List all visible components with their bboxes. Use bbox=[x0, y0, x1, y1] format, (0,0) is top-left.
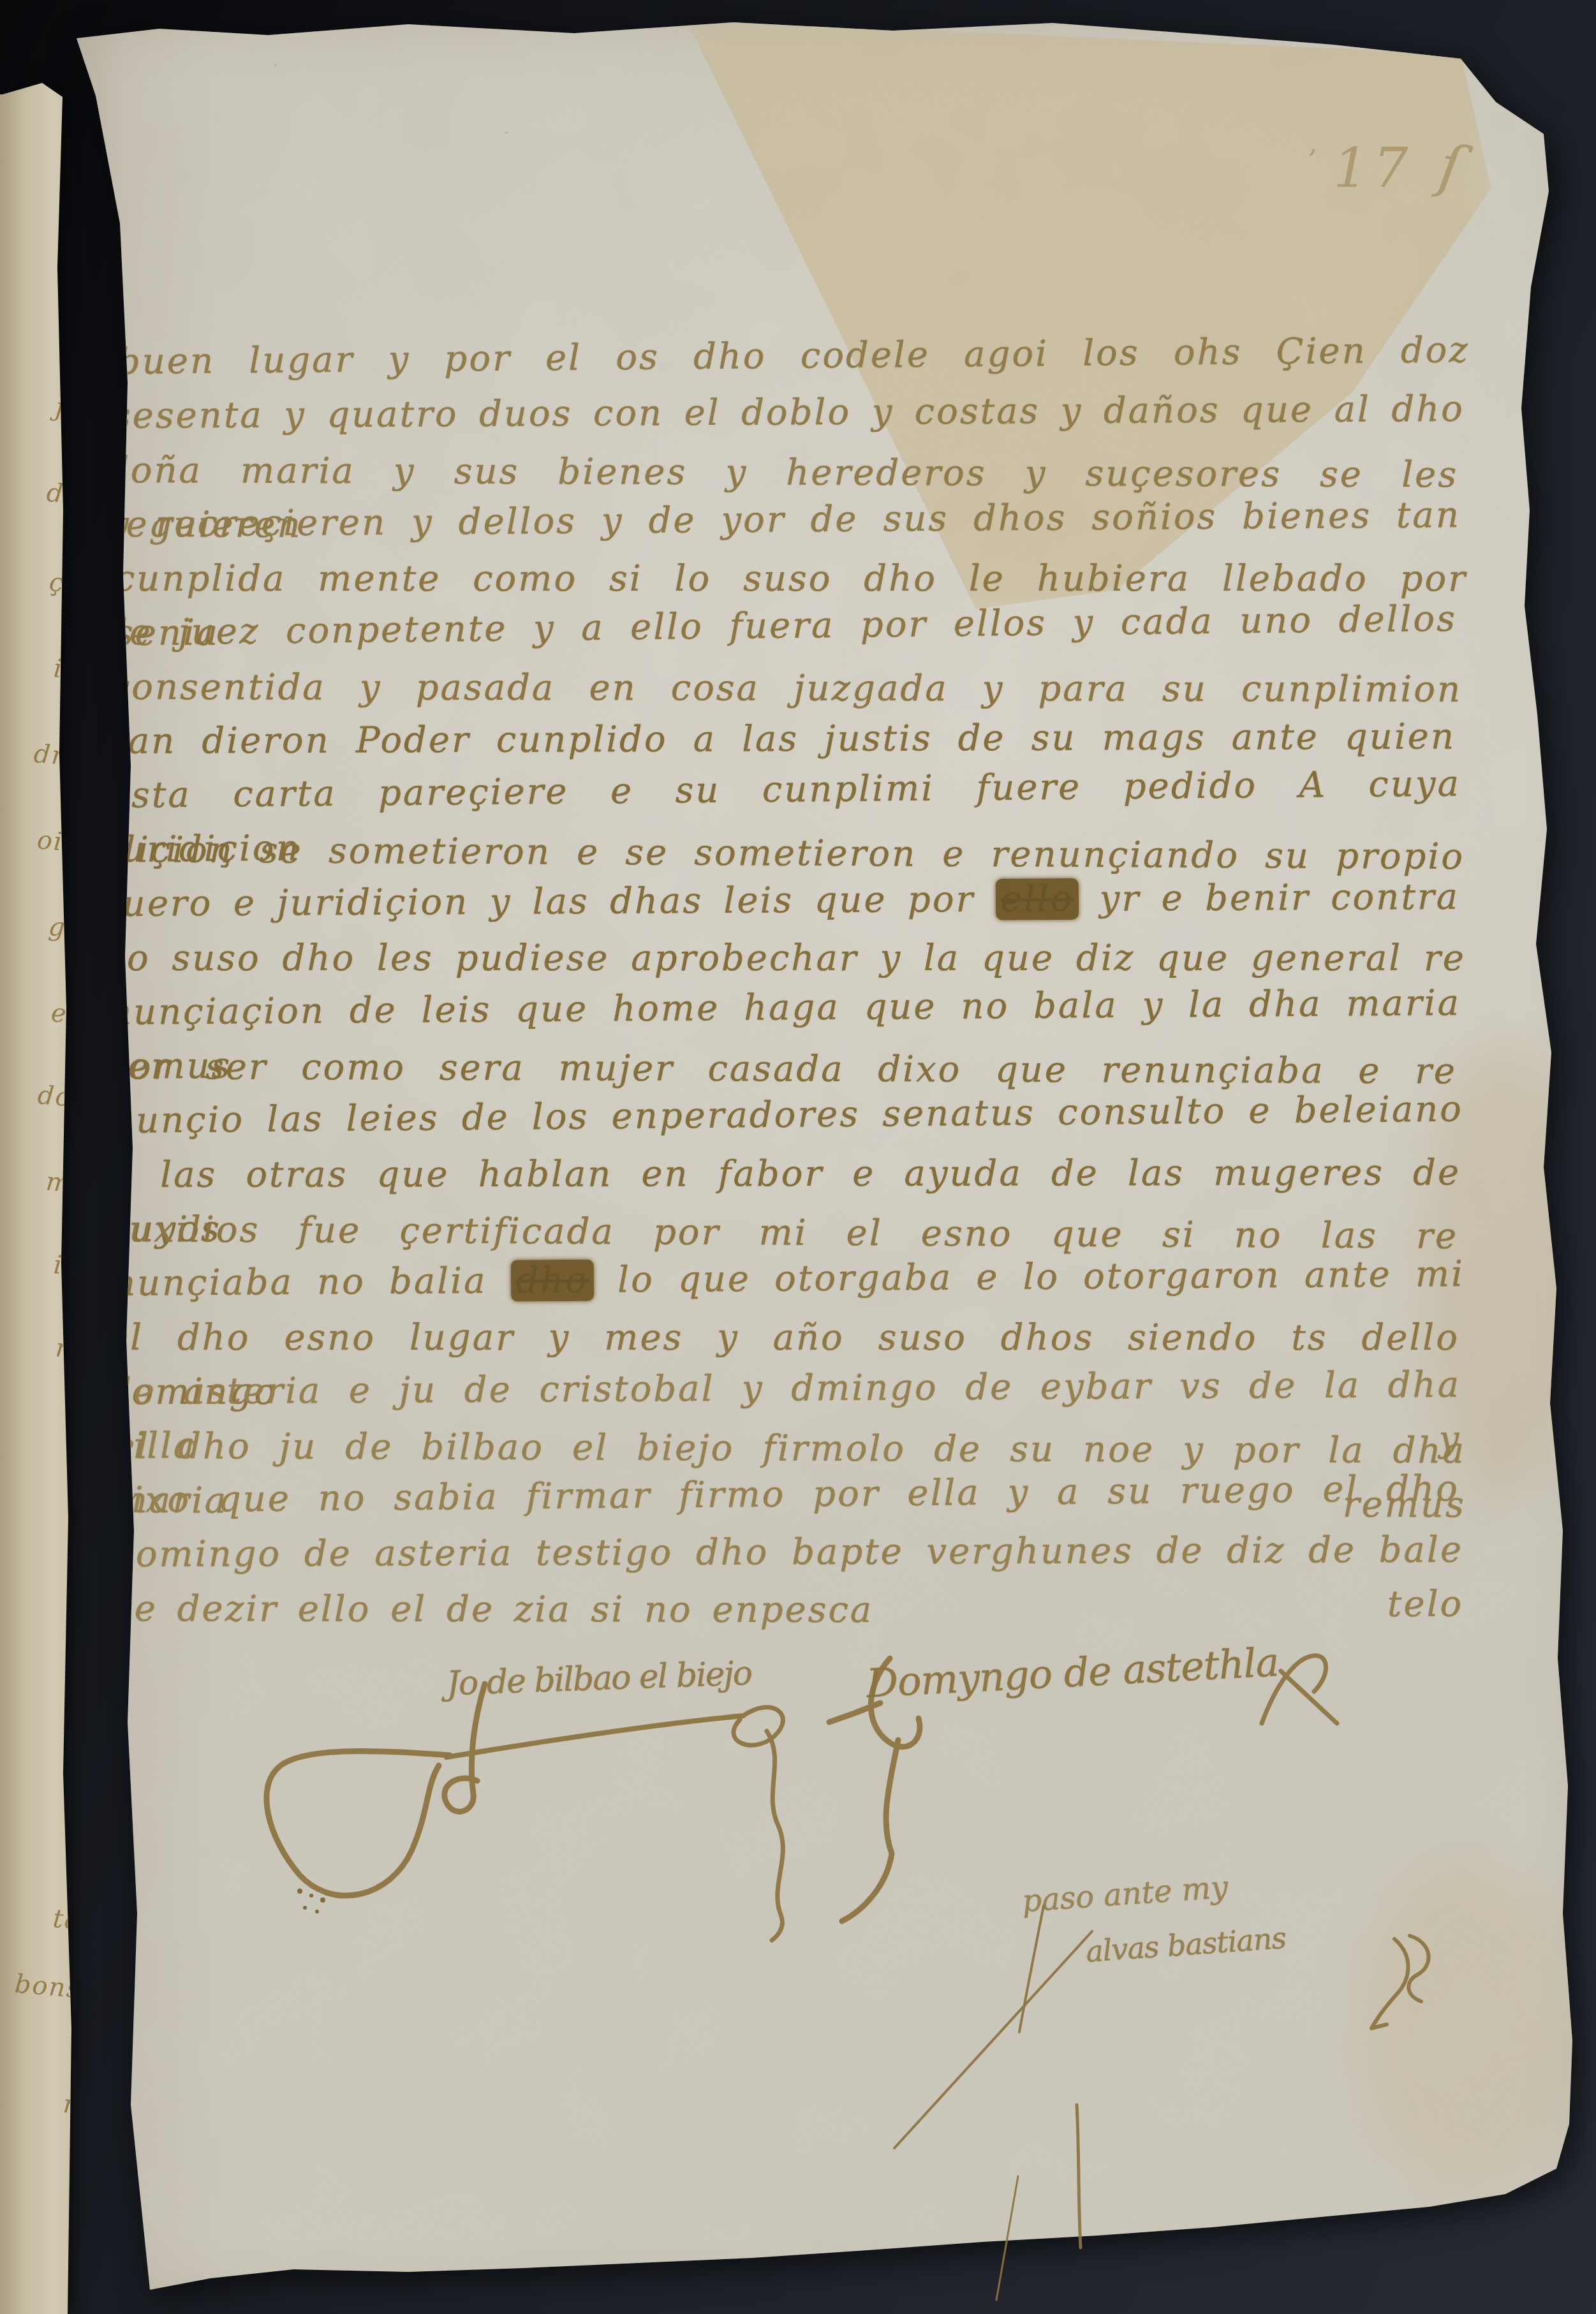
line-post: yr e benir contra bbox=[1079, 876, 1459, 920]
line-text: y recreçieren y dellos y de yor de sus d… bbox=[108, 494, 1461, 545]
line-text: de juez conpetente y a ello fuera por el… bbox=[105, 598, 1458, 654]
signature-notary: alvas bastians bbox=[1084, 1920, 1287, 1969]
manuscript-line: fuero e juridiçion y las dhas leis que p… bbox=[107, 870, 1459, 932]
line-text: dixo que no sabia firmar firmo por ella … bbox=[107, 1468, 1459, 1521]
signature-bilbao: Jo de bilbao el biejo bbox=[446, 1654, 752, 1704]
manuscript-line: nunçiaçion de leis que home haga que no … bbox=[108, 976, 1461, 1040]
folio-digits: 17 bbox=[1333, 136, 1413, 200]
dust-speck bbox=[505, 131, 508, 134]
folio-tick: ’ bbox=[1308, 145, 1317, 177]
attestation-paso-ante-mi: paso ante my bbox=[1021, 1869, 1229, 1919]
manuscript-photo: ja do ço in dre oin gz er doi ml in m ta… bbox=[0, 0, 1596, 2314]
manuscript-page: ’17ſ buen lugar y por el os dho codele a… bbox=[57, 19, 1585, 2299]
manuscript-line: domingo de asteria testigo dho bapte ver… bbox=[111, 1523, 1463, 1582]
manuscript-line: nunçiaba no balia dho lo que otorgaba e … bbox=[112, 1247, 1465, 1311]
line-text: sesenta y quatro duos con el doblo y cos… bbox=[112, 388, 1465, 437]
manuscript-line: sesenta y quatro duos con el doblo y cos… bbox=[112, 382, 1465, 444]
crossed-out-word: dho bbox=[510, 1260, 594, 1302]
manuscript-line: buen lugar y por el os dho codele agoi l… bbox=[117, 323, 1470, 390]
manuscript-line: esta carta pareçiere e su cunplimi fuere… bbox=[108, 757, 1461, 823]
manuscript-line: de asteria e ju de cristobal y dmingo de… bbox=[108, 1358, 1461, 1420]
line-text: consentida y pasada en cosa juzgada y pa… bbox=[110, 667, 1462, 711]
crossed-out-word: ello bbox=[996, 878, 1079, 920]
line-text: lo suso dho les pudiese aprobechar y la … bbox=[114, 938, 1466, 979]
manuscript-line: e las otras que hablan en fabor e ayuda … bbox=[108, 1146, 1461, 1203]
dust-speck bbox=[274, 64, 277, 66]
manuscript-line: nunçio las leies de los enperadores sena… bbox=[111, 1082, 1464, 1149]
folio-flourish: ſ bbox=[1435, 131, 1467, 202]
manuscript-line: y recreçieren y dellos y de yor de sus d… bbox=[108, 488, 1461, 552]
manuscript-line: consentida y pasada en cosa juzgada y pa… bbox=[110, 660, 1462, 718]
paper-stain-bottom-right bbox=[1359, 1862, 1576, 2194]
manuscript-line: el dho esno lugar y mes y año suso dhos … bbox=[107, 1311, 1459, 1366]
signature-domingo: Domyngo de astethla bbox=[866, 1639, 1280, 1707]
manuscript-line: de dezir ello el de zia si no enpesca bbox=[110, 1582, 1054, 1639]
line-text: ban dieron Poder cunplido a las justis d… bbox=[103, 716, 1456, 762]
line-post: lo que otorgaba e lo otorgaron ante mi bbox=[594, 1253, 1465, 1301]
line-text: nunçio las leies de los enperadores sena… bbox=[111, 1089, 1463, 1142]
folio-number: ’17ſ bbox=[1308, 133, 1462, 201]
line-pre: fuero e juridiçion y las dhas leis que p… bbox=[107, 879, 996, 925]
line-text: buen lugar y por el os dho codele agoi l… bbox=[117, 330, 1470, 383]
line-pre: nunçiaba no balia bbox=[112, 1260, 511, 1304]
line-text: de dezir ello el de zia si no enpesca bbox=[110, 1588, 873, 1631]
